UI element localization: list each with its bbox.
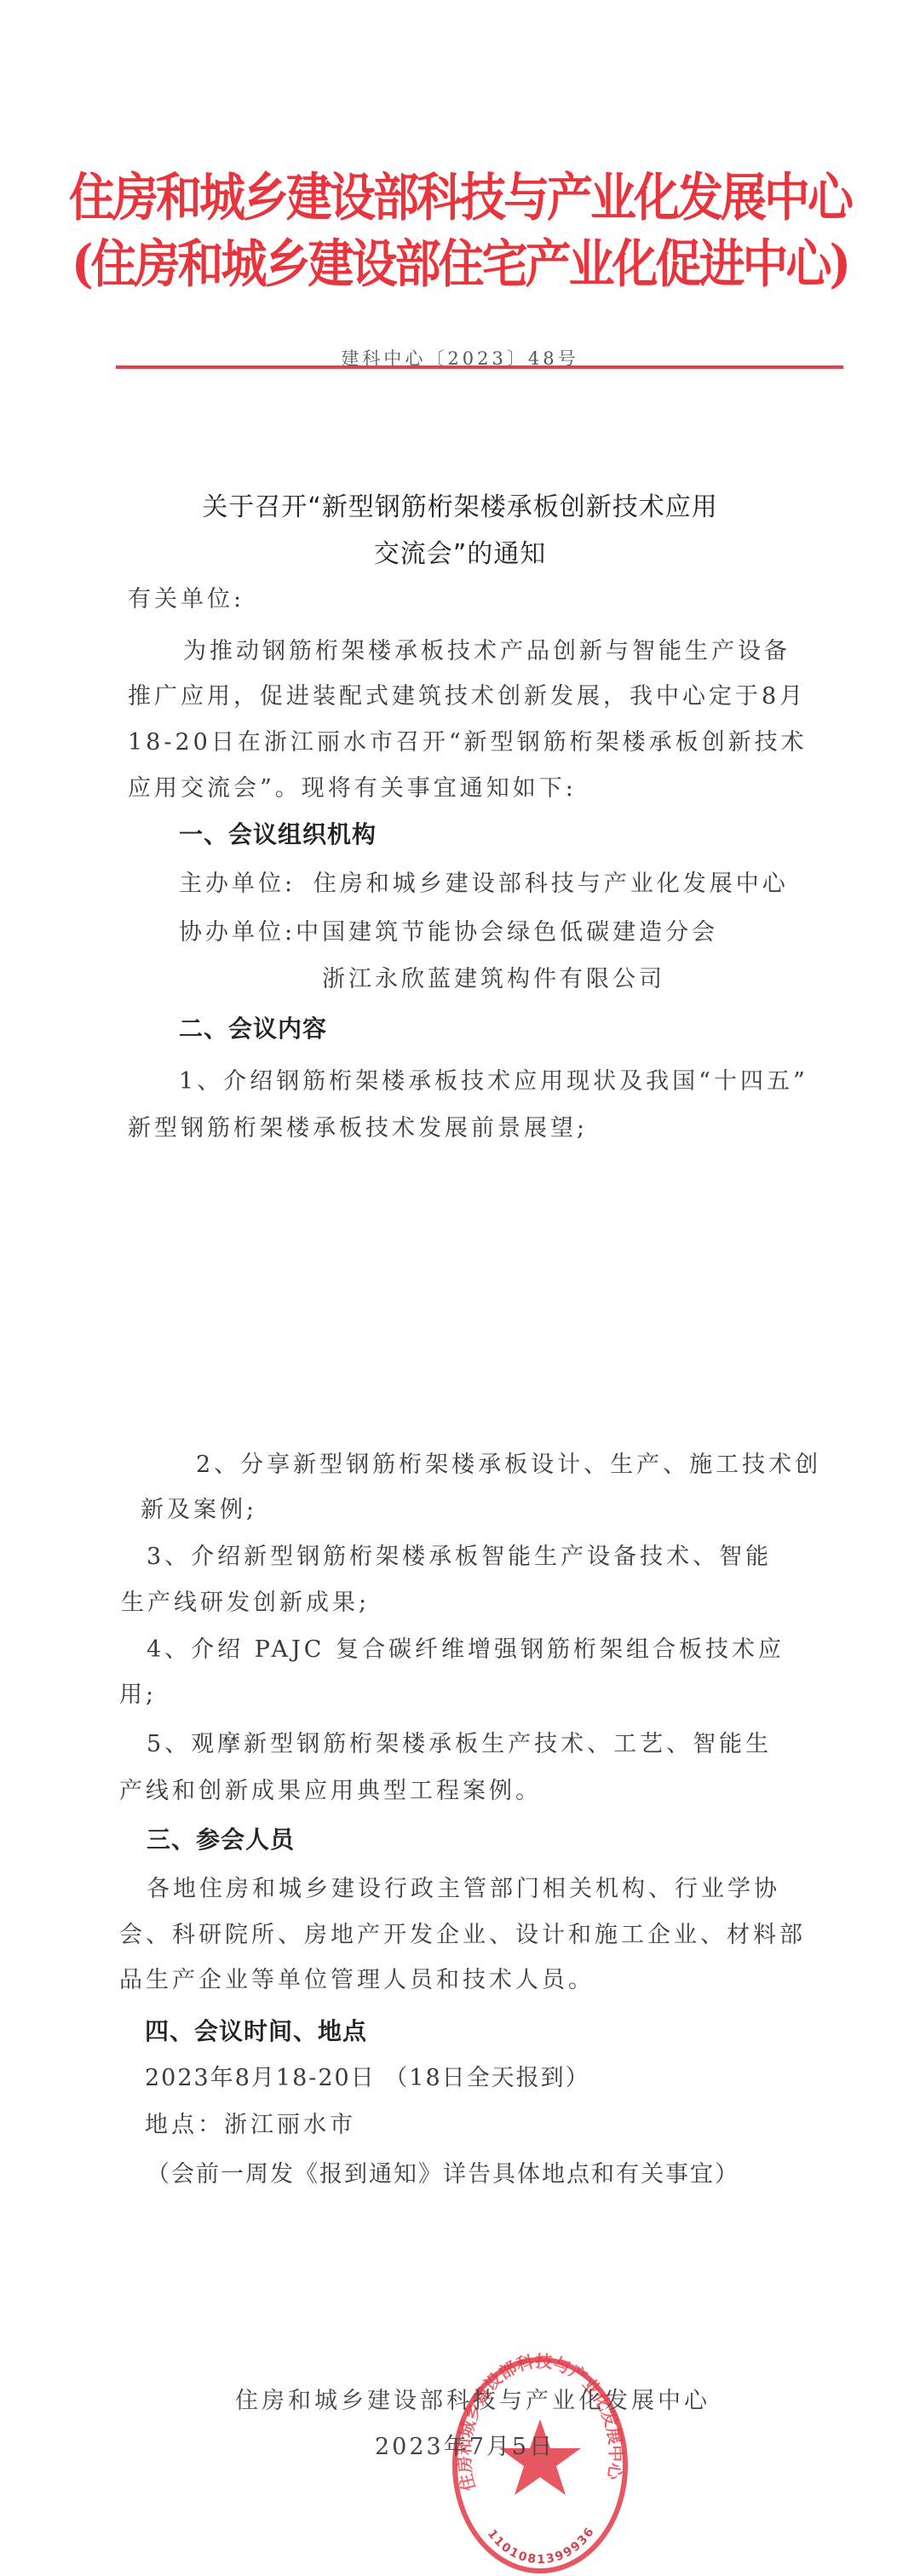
letterhead-org-alias: (住房和城乡建设部住宅产业化促进中心) <box>0 230 920 296</box>
host-label: 主办单位: <box>179 871 296 897</box>
content-item-3-line-2: 生产线研发创新成果; <box>121 1588 370 1619</box>
intro-line: 推广应用，促进装配式建筑技术创新发展，我中心定于8月 <box>128 681 806 712</box>
content-item-5-line-1: 5、观摩新型钢筋桁架楼承板生产技术、工艺、智能生 <box>147 1729 772 1760</box>
section-heading-content: 二、会议内容 <box>179 1014 327 1044</box>
content-item-3-line-1: 3、介绍新型钢筋桁架楼承板智能生产设备技术、智能 <box>147 1542 772 1573</box>
notice-title-line-1: 关于召开“新型钢筋桁架楼承板创新技术应用 <box>0 491 920 525</box>
content-item-4-line-2: 用; <box>119 1680 157 1711</box>
host-row: 主办单位: 住房和城乡建设部科技与产业化发展中心 <box>179 869 789 900</box>
content-item-1-line-2: 新型钢筋桁架楼承板技术发展前景展望; <box>128 1113 588 1144</box>
co-host-name: 中国建筑节能协会绿色低碳建造分会 <box>296 919 718 946</box>
letterhead-org-name: 住房和城乡建设部科技与产业化发展中心 <box>0 164 920 230</box>
section-heading-organization: 一、会议组织机构 <box>179 819 377 850</box>
section-heading-time-place: 四、会议时间、地点 <box>145 2016 367 2047</box>
signature-date: 2023年7月5日 <box>375 2428 555 2461</box>
content-item-2-line-1: 2、分享新型钢筋桁架楼承板设计、生产、施工技术创 <box>196 1450 821 1481</box>
co-host-label: 协办单位: <box>179 919 296 946</box>
content-item-5-line-2: 产线和创新成果应用典型工程案例。 <box>119 1776 542 1807</box>
intro-line: 为推动钢筋桁架楼承板技术产品创新与智能生产设备 <box>183 636 791 667</box>
intro-line: 应用交流会”。现将有关事宜通知如下: <box>128 773 577 804</box>
attendees-line: 品生产企业等单位管理人员和技术人员。 <box>119 1965 595 1996</box>
intro-line: 18-20日在浙江丽水市召开“新型钢筋桁架楼承板创新技术 <box>128 727 808 758</box>
content-item-4-line-1: 4、介绍 PAJC 复合碳纤维增强钢筋桁架组合板技术应 <box>147 1635 785 1665</box>
signature-org: 住房和城乡建设部科技与产业化发展中心 <box>235 2382 710 2415</box>
meeting-place: 地点：浙江丽水市 <box>145 2110 356 2141</box>
attendees-line: 会、科研院所、房地产开发企业、设计和施工企业、材料部 <box>119 1920 806 1951</box>
host-name: 住房和城乡建设部科技与产业化发展中心 <box>313 871 789 897</box>
notice-title-line-2: 交流会”的通知 <box>0 538 920 572</box>
registration-note: （会前一周发《报到通知》详告具体地点和有关事宜） <box>147 2159 739 2190</box>
co-host-name: 浙江永欣蓝建筑构件有限公司 <box>322 964 665 995</box>
content-item-2-line-2: 新及案例; <box>141 1495 257 1526</box>
content-item-1-line-1: 1、介绍钢筋桁架楼承板技术应用现状及我国“十四五” <box>179 1067 808 1097</box>
co-host-row: 协办单位:中国建筑节能协会绿色低碳建造分会 <box>179 917 718 948</box>
section-heading-attendees: 三、参会人员 <box>147 1825 295 1855</box>
attendees-line: 各地住房和城乡建设行政主管部门相关机构、行业学协 <box>147 1874 780 1905</box>
meeting-date: 2023年8月18-20日 （18日全天报到） <box>145 2063 590 2094</box>
salutation: 有关单位: <box>128 584 244 615</box>
letterhead-red-rule <box>116 365 843 369</box>
